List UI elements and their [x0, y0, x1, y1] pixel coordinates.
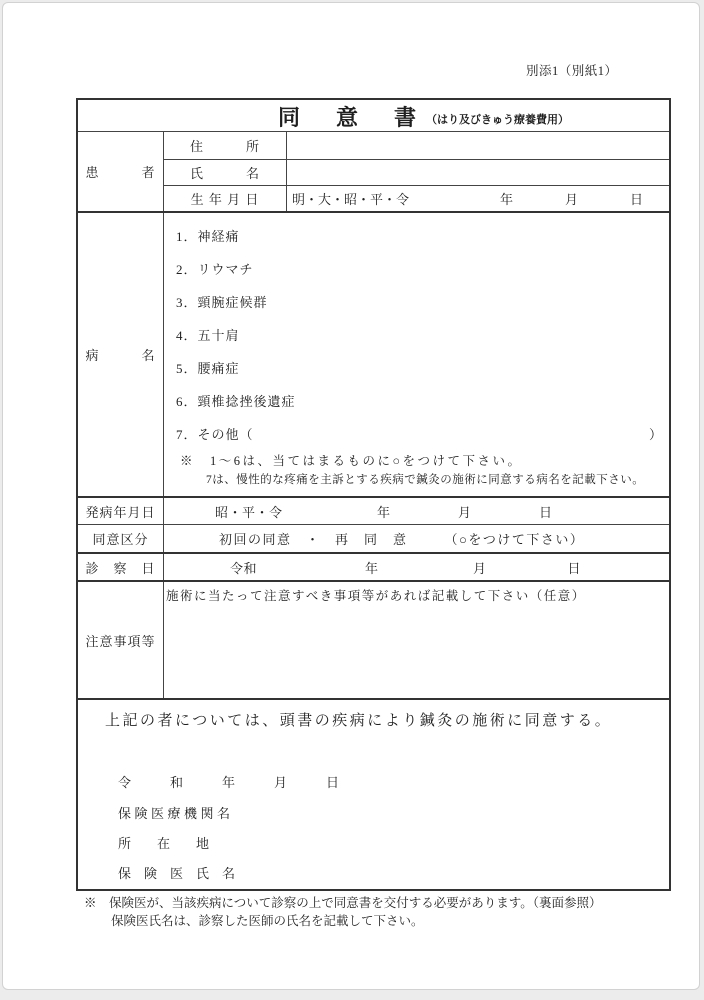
address-label: 住 所	[164, 132, 287, 159]
onset-date-row: 発病年月日 昭・平・令 年 月 日	[78, 496, 669, 524]
patient-section: 患 者 住 所 氏 名 生 年 月 日 明・大・昭・平・令 年 月 日	[78, 131, 669, 211]
disease-item: 5．腰痛症	[176, 358, 663, 379]
disease-section: 病 名 1．神経痛 2．リウマチ 3．頸腕症候群 4．五十肩 5．腰痛症 6．頸…	[78, 211, 669, 496]
disease-label: 病 名	[78, 213, 164, 496]
precautions-label: 注意事項等	[78, 582, 164, 698]
disease-item: 1．神経痛	[176, 226, 663, 247]
disease-other-blank	[254, 424, 649, 445]
footer-note-1: ※ 保険医が、当該疾病について診察の上で同意書を交付する必要があります。（裏面参…	[84, 894, 654, 912]
precautions-area: 施術に当たって注意すべき事項等があれば記載して下さい（任意）	[164, 582, 669, 698]
exam-date-row: 診 察 日 令和 年 月 日	[78, 552, 669, 580]
declaration-section: 上記の者については、頭書の疾病により鍼灸の施術に同意する。 令 和 年 月 日 …	[78, 698, 669, 889]
insurance-doctor-name-label: 保 険 医 氏 名	[118, 865, 669, 883]
precautions-hint: 施術に当たって注意すべき事項等があれば記載して下さい（任意）	[164, 582, 669, 604]
disease-note-1: ※ 1～6は、当てはまるものに○をつけて下さい。	[176, 452, 663, 471]
footer-notes: ※ 保険医が、当該疾病について診察の上で同意書を交付する必要があります。（裏面参…	[84, 894, 654, 930]
form-title-sub: （はり及びきゅう療養費用）	[426, 111, 569, 127]
disease-other-close-paren: ）	[649, 424, 663, 445]
disease-item: 2．リウマチ	[176, 259, 663, 280]
birthdate-value: 明・大・昭・平・令 年 月 日	[287, 186, 669, 211]
footer-note-2: 保険医氏名は、診察した医師の氏名を記載して下さい。	[111, 912, 654, 930]
exam-date-value: 令和 年 月 日	[164, 554, 669, 580]
institution-name-label: 保険医療機関名	[118, 805, 669, 823]
disease-item-other: 7．その他（ ）	[176, 424, 663, 445]
institution-location-label: 所 在 地	[118, 835, 669, 853]
disease-item: 6．頸椎捻挫後遺症	[176, 391, 663, 412]
onset-date-label: 発病年月日	[78, 498, 164, 524]
consent-type-label: 同意区分	[78, 525, 164, 552]
title-row: 同 意 書 （はり及びきゅう療養費用）	[78, 100, 669, 131]
doc-ref: 別添1（別紙1）	[526, 61, 618, 79]
exam-date-label: 診 察 日	[78, 554, 164, 580]
patient-rows: 住 所 氏 名 生 年 月 日 明・大・昭・平・令 年 月 日	[164, 132, 669, 211]
consent-type-value: 初回の同意 ・ 再 同 意 （○をつけて下さい）	[164, 525, 669, 552]
disease-other-label: 7．その他（	[176, 424, 254, 445]
screen: 別添1（別紙1） 同 意 書 （はり及びきゅう療養費用） 患 者 住 所 氏 名	[0, 0, 704, 1000]
address-row: 住 所	[164, 132, 669, 159]
birthdate-row: 生 年 月 日 明・大・昭・平・令 年 月 日	[164, 185, 669, 211]
name-label: 氏 名	[164, 160, 287, 186]
declaration-statement: 上記の者については、頭書の疾病により鍼灸の施術に同意する。	[105, 710, 669, 732]
form-title: 同 意 書	[278, 101, 423, 132]
precautions-section: 注意事項等 施術に当たって注意すべき事項等があれば記載して下さい（任意）	[78, 580, 669, 698]
onset-date-value: 昭・平・令 年 月 日	[164, 498, 669, 524]
disease-note-2: 7は、慢性的な疼痛を主訴とする疾病で鍼灸の施術に同意する病名を記載下さい。	[176, 471, 663, 489]
disease-list: 1．神経痛 2．リウマチ 3．頸腕症候群 4．五十肩 5．腰痛症 6．頸椎捻挫後…	[164, 213, 669, 496]
declaration-date-line: 令 和 年 月 日	[118, 774, 669, 792]
patient-label: 患 者	[78, 132, 164, 211]
birthdate-label: 生 年 月 日	[164, 186, 287, 211]
name-value-cell	[287, 160, 669, 186]
address-value-cell	[287, 132, 669, 159]
name-row: 氏 名	[164, 159, 669, 186]
consent-type-row: 同意区分 初回の同意 ・ 再 同 意 （○をつけて下さい）	[78, 524, 669, 552]
disease-item: 3．頸腕症候群	[176, 292, 663, 313]
disease-item: 4．五十肩	[176, 325, 663, 346]
document-page: 別添1（別紙1） 同 意 書 （はり及びきゅう療養費用） 患 者 住 所 氏 名	[2, 2, 700, 990]
consent-form-table: 同 意 書 （はり及びきゅう療養費用） 患 者 住 所 氏 名	[76, 98, 671, 891]
